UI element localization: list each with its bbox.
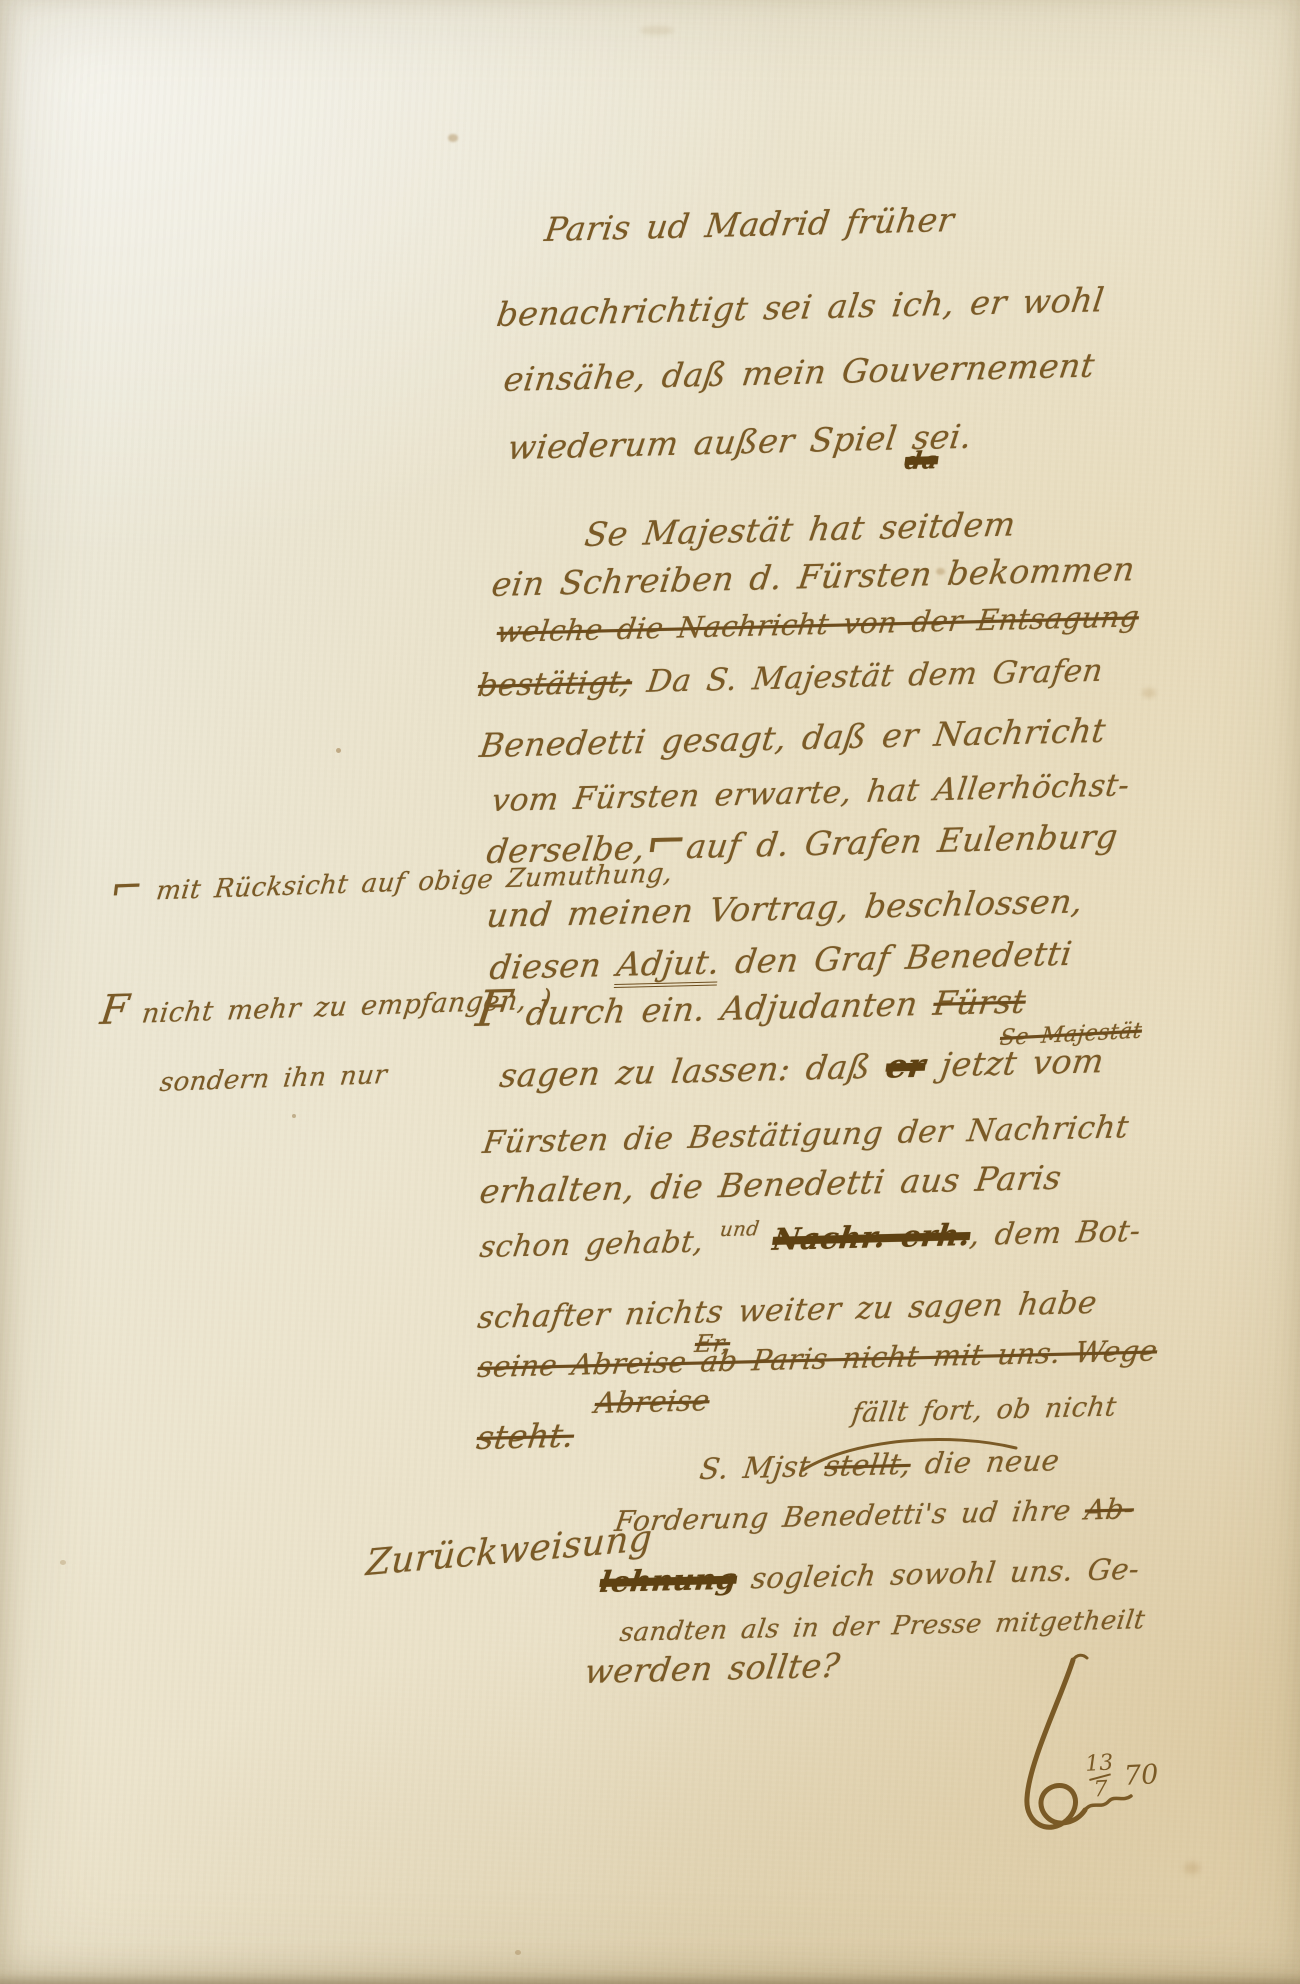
manuscript-line: sondern ihn nur — [158, 1060, 389, 1098]
text-segment: Zurückweisung — [365, 1518, 654, 1584]
manuscript-page: Paris ud Madrid früherbenachrichtigt sei… — [0, 0, 1300, 1984]
margin-annotations: ⌐ mit Rücksicht auf obige Zumuthung,F ni… — [0, 0, 1300, 1984]
signature-date: 13 7 70 — [1085, 1750, 1160, 1802]
margin-replacement-word: Zurückweisung — [365, 1518, 654, 1584]
text-segment: mit Rücksicht auf obige Zumuthung, — [141, 858, 674, 907]
date-month: 7 — [1093, 1779, 1108, 1802]
text-segment: nicht mehr zu empfangen, ) — [126, 984, 553, 1030]
text-segment: sondern ihn nur — [158, 1060, 389, 1098]
manuscript-line: F nicht mehr zu empfangen, ) — [98, 984, 553, 1031]
manuscript-line: ⌐ mit Rücksicht auf obige Zumuthung, — [108, 858, 674, 908]
date-fraction: 13 7 — [1085, 1752, 1115, 1801]
date-year: 70 — [1123, 1759, 1159, 1792]
page-bottom-edge — [0, 1970, 1300, 1984]
